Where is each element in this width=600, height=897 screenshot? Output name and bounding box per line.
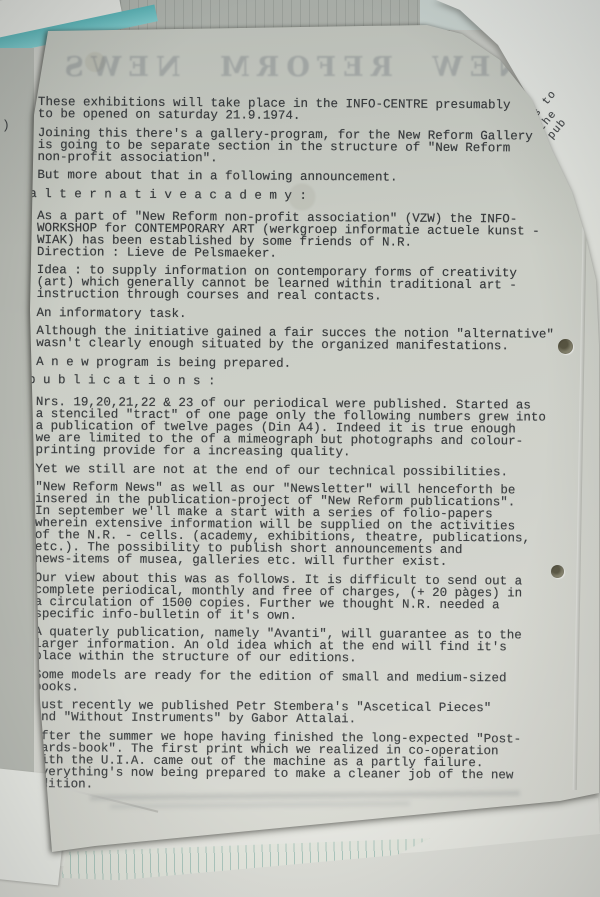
typed-paragraph: Some models are ready for the edition of… — [26, 668, 572, 696]
bleed-through-smudge — [110, 801, 410, 808]
typed-paragraph: "New Reform News" as well as our "Newsle… — [27, 481, 574, 569]
typed-paragraph: An informatory task. — [28, 306, 574, 322]
photo-of-typewritten-page: ) As to the pub NEW REFORM NEWS These ex… — [0, 0, 600, 897]
bleed-through-masthead: NEW REFORM NEWS — [62, 52, 522, 83]
section-heading-publications: p u b l i c a t i o n s : — [28, 374, 574, 390]
typed-paragraph: After the summer we hope having finished… — [25, 729, 571, 793]
typed-text-body: These exhibitions will take place in the… — [25, 96, 576, 800]
paper-crease — [573, 190, 587, 790]
punch-hole — [551, 565, 564, 578]
typed-paragraph: A quaterly publication, namely "Avanti",… — [26, 626, 572, 666]
punch-hole — [558, 339, 573, 354]
section-heading-alternative-academy: a l t e r n a t i v e a c a d e m y : — [29, 187, 575, 203]
typed-paragraph: Nrs. 19,20,21,22 & 23 of our periodical … — [27, 396, 573, 460]
typed-paragraph: But more about that in a following annou… — [29, 169, 575, 185]
typed-paragraph: Just recently we published Petr Stembera… — [26, 699, 572, 727]
typed-paragraph: Yet we still are not at the end of our t… — [27, 462, 573, 478]
typed-paragraph: Our view about this was as follows. It i… — [26, 571, 572, 623]
left-sheet-text-fragment: ) — [2, 118, 10, 133]
page-surface: NEW REFORM NEWS These exhibitions will t… — [0, 0, 600, 897]
typed-paragraph: These exhibitions will take place in the… — [30, 96, 576, 124]
typed-paragraph: Joining this there's a gallery-program, … — [30, 126, 576, 166]
typed-paragraph: As a part of "New Reform non-profit asso… — [29, 209, 575, 261]
typed-paragraph: Although the initiative gained a fair su… — [28, 325, 574, 353]
left-under-sheet — [0, 48, 34, 808]
typed-paragraph: Idea : to supply information on contempo… — [29, 264, 575, 304]
typed-paragraph: A n e w program is being prepared. — [28, 355, 574, 371]
